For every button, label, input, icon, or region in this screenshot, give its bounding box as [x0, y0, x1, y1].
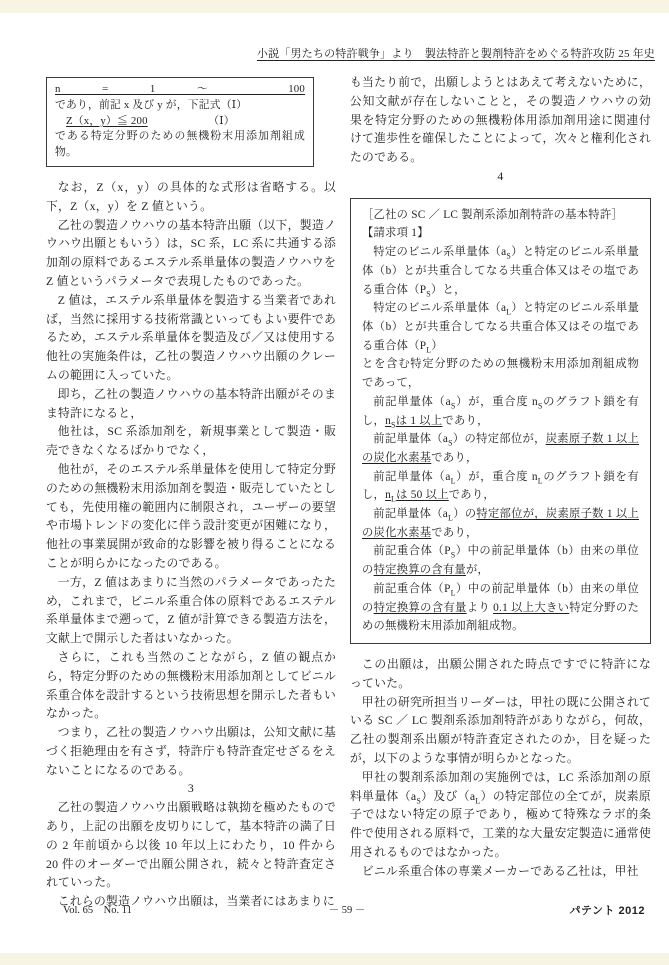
- paragraph: 他社は，SC 系添加剤を，新規事業として製造・販売できなくなるばかりでなく，: [46, 422, 336, 460]
- paragraph: 甲社の製剤系添加剤の実施例では，LC 系添加剤の原料単量体（aS）及び（aL）の…: [350, 768, 651, 862]
- paragraph: 前記単量体（aS）が，重合度 nSのグラフト鎖を有し，nSは 1 以上であり，: [362, 393, 639, 430]
- paragraph: 前記単量体（aL）が，重合度 nLのグラフト鎖を有し，nLは 50 以上であり，: [362, 468, 639, 505]
- paragraph: 乙社の製造ノウハウの基本特許出願（以下，製造ノウハウ出願ともいう）は，SC 系，…: [46, 216, 336, 291]
- paragraph: 他社が，そのエステル系単量体を使用して特定分野のための無機粉末用添加剤を製造・販…: [46, 460, 336, 573]
- paragraph: 【請求項 1】: [362, 224, 639, 243]
- running-header: 小説「男たちの特許戦争」より 製法特許と製剤特許をめぐる特許攻防 25 年史: [257, 45, 655, 61]
- page-footer: Vol. 65 No. 11 － 59 － パテント 2012: [0, 902, 669, 918]
- left-column: n = 1 ～ 100 であり，前記 x 及び y が，下記式（Ⅰ） Z（x，y…: [46, 77, 336, 911]
- right-column-text: この出願は，出願公開された時点ですでに特許になっていた。甲社の研究所担当リーダー…: [350, 655, 651, 881]
- right-column-intro: も当たり前で，出願しようとはあえて考えないために，公知文献が存在しないことと，そ…: [350, 73, 651, 186]
- claim-box: ［乙社の SC ／ LC 製剤系添加剤特許の基本特許］【請求項 1】特定のビニル…: [350, 198, 651, 644]
- left-column-text: なお，Z（x，y）の具体的な式形は省略する。以下，Z（x，y）を Z 値という。…: [46, 178, 336, 911]
- right-column: も当たり前で，出願しようとはあえて考えないために，公知文献が存在しないことと，そ…: [350, 73, 651, 881]
- paragraph: とを含む特定分野のための無機粉末用添加剤組成物であって，: [362, 355, 639, 392]
- paragraph: 一方，Z 値はあまりに当然のパラメータであったため，これまで，ビニル系重合体の原…: [46, 573, 336, 648]
- paragraph: 前記単量体（aL）の特定部位が，炭素原子数 1 以上の炭化水素基であり，: [362, 505, 639, 542]
- footer-journal-name: パテント 2012: [570, 902, 645, 918]
- paragraph: である特定分野のための無機粉末用添加剤組成物。: [55, 129, 305, 161]
- journal-page: { "header": { "title": "小説「男たちの特許戦争」より 製…: [0, 0, 669, 965]
- paragraph: も当たり前で，出願しようとはあえて考えないために，公知文献が存在しないことと，そ…: [350, 73, 651, 167]
- paragraph: 前記重合体（PS）中の前記単量体（b）由来の単位の特定換算の含有量が，: [362, 542, 639, 579]
- paragraph: さらに，これも当然のことながら，Z 値の観点から，特定分野のための無機粉末用添加…: [46, 648, 336, 723]
- paragraph: 前記単量体（aS）の特定部位が，炭素原子数 1 以上の炭化水素基であり，: [362, 430, 639, 467]
- paragraph: 前記重合体（PL）中の前記単量体（b）由来の単位の特定換算の含有量より 0.1 …: [362, 580, 639, 636]
- paragraph: 甲社の研究所担当リーダーは，甲社の既に公開されている SC ／ LC 製剤系添加…: [350, 693, 651, 768]
- paragraph: 特定のビニル系単量体（aS）と特定のビニル系単量体（b）とが共重合してなる共重合…: [362, 243, 639, 299]
- paragraph: ビニル系重合体の専業メーカーである乙社は，甲社: [350, 862, 651, 881]
- paragraph: この出願は，出願公開された時点ですでに特許になっていた。: [350, 655, 651, 693]
- paragraph: 即ち，乙社の製造ノウハウの基本特許出願がそのまま特許になると，: [46, 385, 336, 423]
- paragraph: Z 値は，エステル系単量体を製造する当業者であれば，当然に採用する技術常識といっ…: [46, 291, 336, 385]
- paragraph: Z（x，y）≦ 200 （Ⅰ）: [55, 114, 305, 130]
- section-number: 3: [46, 779, 336, 798]
- paragraph: n = 1 ～ 100 であり，前記 x 及び y が，下記式（Ⅰ）: [55, 82, 305, 114]
- paragraph: 特定のビニル系単量体（aL）と特定のビニル系単量体（b）とが共重合してなる共重合…: [362, 299, 639, 355]
- paragraph: つまり，乙社の製造ノウハウ出願は，公知文献に基づく拒絶理由を有さず，特許庁も特許…: [46, 723, 336, 779]
- paragraph: なお，Z（x，y）の具体的な式形は省略する。以下，Z（x，y）を Z 値という。: [46, 178, 336, 216]
- paragraph: 乙社の製造ノウハウ出願戦略は執拗を極めたものであり，上記の出願を皮切りにして，基…: [46, 798, 336, 892]
- section-number: 4: [350, 167, 651, 186]
- paragraph: ［乙社の SC ／ LC 製剤系添加剤特許の基本特許］: [362, 206, 639, 225]
- formula-box: n = 1 ～ 100 であり，前記 x 及び y が，下記式（Ⅰ） Z（x，y…: [46, 77, 314, 167]
